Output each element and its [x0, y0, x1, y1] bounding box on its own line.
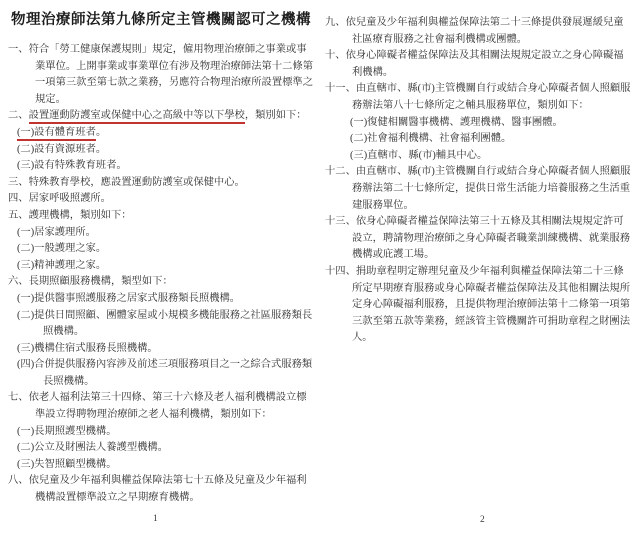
red-underline: (一)設有體育班者 — [17, 127, 96, 141]
clause-6-sub-4: (四)合併提供服務內容涉及前述三項服務項目之一之綜合式服務類長照機構。 — [17, 357, 314, 390]
page-number-1: 1 — [153, 514, 158, 524]
clause-3: 三、特殊教育學校，應設置運動防護室或保健中心。 — [8, 175, 314, 192]
clause-9: 九、依兒童及少年福利與權益保障法第二十三條提供發展遲緩兒童社區療育服務之社會福利… — [325, 15, 631, 48]
clause-2-number: 二、 — [8, 110, 29, 121]
clause-2-sub-3: (三)設有特殊教育班者。 — [17, 158, 314, 175]
clause-5-sub-2: (二)一般護理之家。 — [17, 241, 314, 258]
clause-6-sub-2: (二)提供日間照顧、團體家屋或小規模多機能服務之社區服務類長照機構。 — [17, 308, 314, 341]
clause-7-sub-3: (三)失智照顧型機構。 — [17, 457, 314, 474]
page-right: 九、依兒童及少年福利與權益保障法第二十三條提供發展遲緩兒童社區療育服務之社會福利… — [325, 15, 631, 347]
clause-7-sub-1: (一)長期照護型機構。 — [17, 424, 314, 441]
page-left: 物理治療師法第九條所定主管機關認可之機構 一、符合「勞工健康保護規則」規定，僱用… — [8, 10, 314, 507]
page-number-2: 2 — [480, 515, 485, 525]
clause-6: 六、長期照顧服務機構，類型如下： — [8, 274, 314, 291]
clause-8: 八、依兒童及少年福利與權益保障法第七十五條及兒童及少年福利機構設置標準設立之早期… — [8, 473, 314, 506]
clause-7-sub-2: (二)公立及財團法人養護型機構。 — [17, 440, 314, 457]
page-title: 物理治療師法第九條所定主管機關認可之機構 — [8, 10, 314, 30]
clause-11-sub-1: (一)復健相關醫事機構、護理機構、醫事團體。 — [350, 115, 631, 132]
clause-2-tail: ，類別如下： — [245, 110, 307, 121]
clause-10: 十、依身心障礙者權益保障法及其相關法規規定設立之身心障礙福利機構。 — [325, 48, 631, 81]
clause-14: 十四、捐助章程明定辦理兒童及少年福利與權益保障法第二十三條所定早期療育服務或身心… — [325, 264, 631, 347]
clause-6-sub-1: (一)提供醫事照護服務之居家式服務類長照機構。 — [17, 291, 314, 308]
clause-2: 二、設置運動防護室或保健中心之高級中等以下學校，類別如下： — [8, 108, 314, 125]
clause-11-sub-3: (三)直轄市、縣(市)輔具中心。 — [350, 148, 631, 165]
clause-5-sub-3: (三)精神護理之家。 — [17, 258, 314, 275]
clause-13: 十三、依身心障礙者權益保障法第三十五條及其相關法規規定許可設立，聘請物理治療師之… — [325, 214, 631, 264]
clause-2-sub-1-tail: 。 — [96, 127, 106, 138]
clause-5: 五、護理機構，類別如下： — [8, 208, 314, 225]
clause-11-sub-2: (二)社會福利機構、社會福利團體。 — [350, 131, 631, 148]
clause-5-sub-1: (一)居家護理所。 — [17, 225, 314, 242]
clause-1: 一、符合「勞工健康保護規則」規定，僱用物理治療師之事業或事業單位。上開事業或事業… — [8, 42, 314, 108]
clause-2-sub-2: (二)設有資源班者。 — [17, 142, 314, 159]
clause-12: 十二、由直轄市、縣(市)主管機關自行或結合身心障礙者個人照顧服務辦法第二十七條所… — [325, 164, 631, 214]
clause-6-sub-3: (三)機構住宿式服務長照機構。 — [17, 341, 314, 358]
clause-2-sub-1: (一)設有體育班者。 — [17, 125, 314, 142]
red-underline: 設置運動防護室或保健中心之高級中等以下學校 — [29, 110, 245, 124]
clause-4: 四、居家呼吸照護所。 — [8, 191, 314, 208]
clause-7: 七、依老人福利法第三十四條、第三十六條及老人福利機構設立標準設立得聘物理治療師之… — [8, 390, 314, 423]
clause-11: 十一、由直轄市、縣(市)主管機關自行或結合身心障礙者個人照顧服務辦法第八十七條所… — [325, 81, 631, 114]
